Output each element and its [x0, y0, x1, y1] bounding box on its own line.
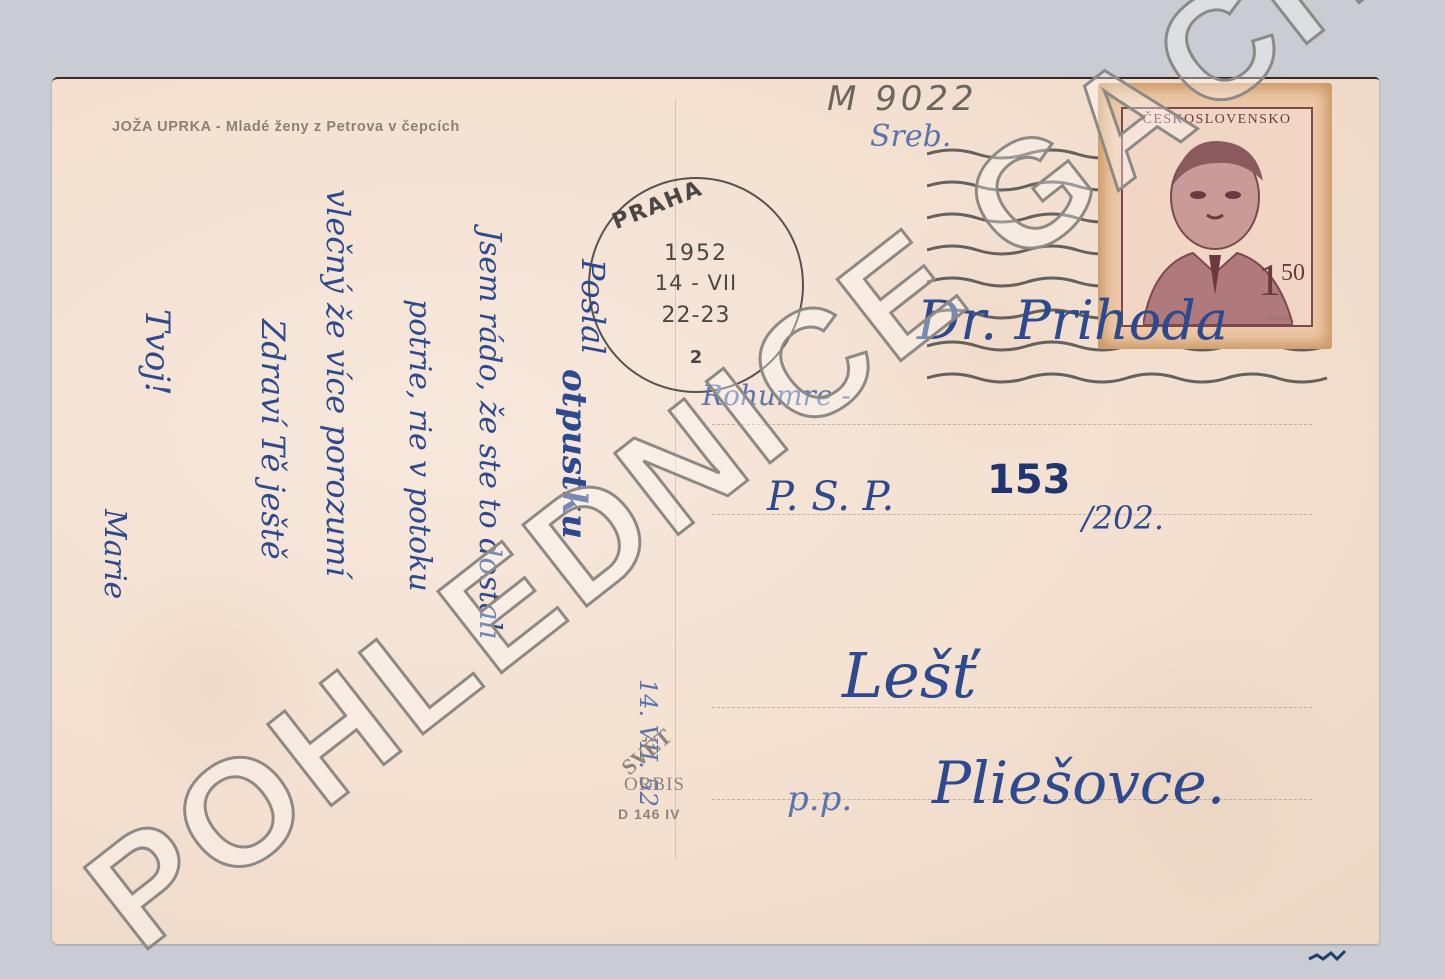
postmark-city: PRAHA: [609, 176, 707, 235]
address-town: Lešť: [842, 639, 977, 712]
artwork-caption: JOŽA UPRKA - Mladé ženy z Petrova v čepc…: [112, 119, 460, 135]
corner-squiggle-mark: [1307, 949, 1355, 965]
postmark: PRAHA 1952 14 - VII 22-23 2: [588, 177, 804, 393]
message-signature: Marie: [97, 509, 132, 599]
postmark-date: 14 - VII: [590, 271, 802, 295]
stamp-country: ČESKOSLOVENSKO: [1123, 112, 1311, 128]
message-line: potrie, rie v potoku: [402, 299, 437, 592]
message-line: Zdraví Tě ještě: [254, 319, 292, 560]
message-line: Jsem rádo, že ste to dostali: [472, 229, 507, 640]
stamp-designer-signature: JINDRA: [1267, 316, 1291, 322]
reference-note: M 9022: [827, 79, 978, 119]
stamp-value: 150: [1258, 257, 1305, 303]
address-line: [712, 707, 1312, 708]
address-line: [712, 424, 1312, 425]
message-line: Poslal: [574, 259, 612, 354]
publisher-name: ORBIS: [624, 774, 685, 796]
postmark-office-number: 2: [590, 347, 802, 368]
stamp-value-major: 1: [1258, 254, 1281, 305]
message-line: vlečný že více porozumí: [319, 189, 357, 577]
postcard-back: JOŽA UPRKA - Mladé ženy z Petrova v čepc…: [52, 77, 1379, 944]
stamp-value-minor: 50: [1281, 260, 1305, 286]
message-line: otpustku: [554, 369, 594, 539]
postmark-time: 22-23: [590, 303, 802, 328]
message-line: Tvoj!: [137, 309, 177, 396]
publisher-code: D 146 IV: [618, 806, 680, 822]
address-recipient: Dr. Prihoda: [917, 289, 1228, 352]
address-unit-number: 153: [987, 457, 1071, 503]
message-header-note: Sreb.: [870, 119, 951, 154]
postmark-year: 1952: [590, 241, 802, 266]
address-recipient-prefix: Rohumre -: [702, 379, 851, 412]
address-post-office: Pliešovce.: [932, 749, 1225, 817]
address-unit: P. S. P.: [767, 474, 894, 520]
address-post-prefix: p.p.: [787, 779, 852, 819]
address-unit-sub: /202.: [1082, 499, 1164, 537]
